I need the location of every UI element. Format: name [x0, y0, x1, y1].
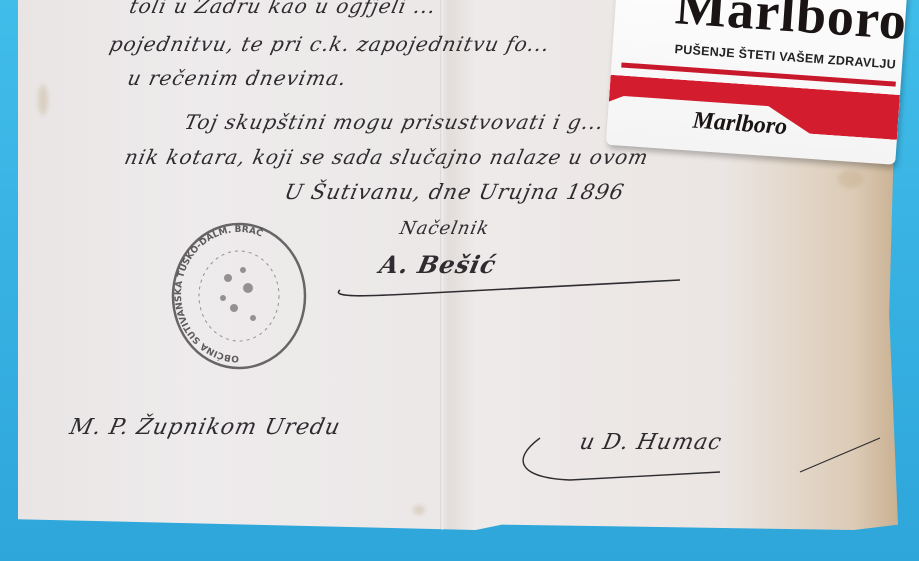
signature-flourish	[330, 270, 690, 300]
handwritten-line-2: pojednitvu, te pri c.k. zapojednitvu fo.…	[107, 32, 552, 56]
handwritten-line-1: toli u Zadru kao u ogfjeli ...	[127, 0, 438, 18]
cigarette-pack: Marlboro PUŠENJE ŠTETI VAŠEM ZDRAVLJU Ma…	[606, 0, 908, 165]
paper-stain	[413, 505, 425, 515]
handwritten-line-3: u rečenim dnevima.	[125, 66, 349, 90]
destination-flourish	[510, 430, 890, 490]
signature-title: Načelnik	[398, 218, 492, 239]
handwritten-line-5: nik kotara, koji se sada slučajno nalaze…	[122, 145, 651, 169]
official-stamp: OBĆINA SUTIVANSKA TUSKO-DALM. BRAČ	[168, 218, 310, 374]
paper-stain	[838, 170, 863, 188]
paper-stain	[38, 85, 48, 115]
date-line: U Šutivanu, dne Urujna 1896	[282, 180, 626, 204]
addressee-line: M. P. Župnikom Uredu	[67, 415, 343, 440]
handwritten-line-4: Toj skupštini mogu prisustvovati i g...	[182, 110, 606, 134]
